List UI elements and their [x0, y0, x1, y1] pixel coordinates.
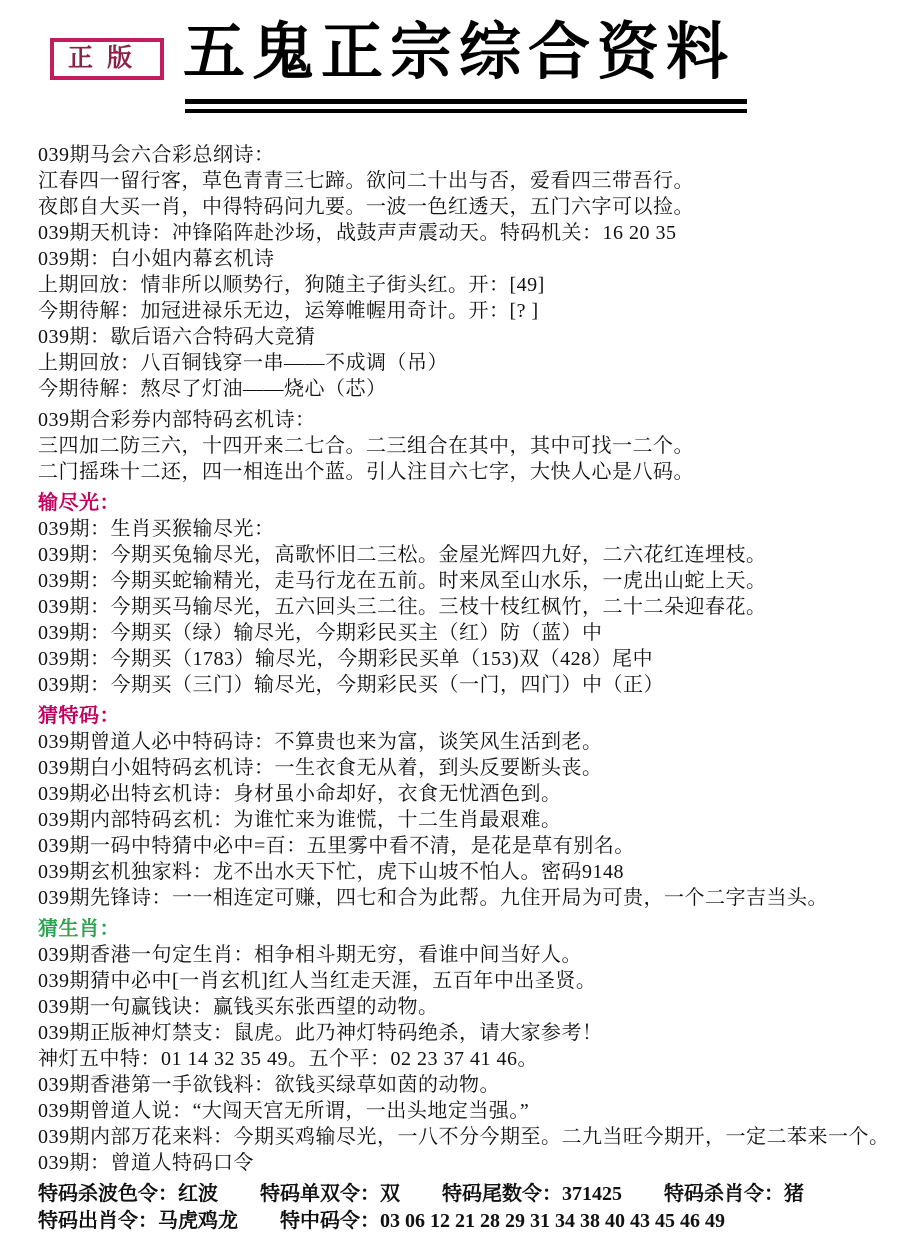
text-line: 039期内部万花来料：今期买鸡输尽光，一八不分今期至。二九当旺今期开，一定二苯来… [38, 1124, 880, 1150]
text-line: 039期曾道人必中特码诗：不算贵也来为富，谈笑风生活到老。 [38, 729, 880, 755]
text-line: 039期：今期买蛇输精光，走马行龙在五前。时来凤至山水乐，一虎出山蛇上天。 [38, 568, 880, 594]
footer-item: 特码单双令：双 [260, 1183, 400, 1205]
text-line: 039期一码中特猜中必中=百：五里雾中看不清，是花是草有别名。 [38, 833, 880, 859]
text-line: 今期待解：加冠进禄乐无边，运筹帷幄用奇计。开：[? ] [38, 298, 880, 324]
text-line: 039期正版神灯禁支：鼠虎。此乃神灯特码绝杀，请大家参考！ [38, 1020, 880, 1046]
text-line: 039期：生肖买猴输尽光： [38, 516, 880, 542]
footer-row: 特码出肖令：马虎鸡龙特中码令：03 06 12 21 28 29 31 34 3… [38, 1208, 900, 1235]
text-line: 夜郎自大买一肖，中得特码问九要。一波一色红透天，五门六字可以捡。 [38, 194, 880, 220]
text-body: 039期马会六合彩总纲诗：江春四一留行客，草色青青三七蹄。欲问二十出与否，爱看四… [0, 120, 900, 1176]
section-header: 输尽光： [38, 490, 880, 516]
page-header: 正版 五鬼正宗综合资料 [0, 0, 900, 120]
footer-item: 特码出肖令：马虎鸡龙 [38, 1210, 238, 1232]
footer-item: 特中码令：03 06 12 21 28 29 31 34 38 40 43 45… [280, 1210, 725, 1232]
text-line: 039期：今期买兔输尽光，高歌怀旧二三松。金屋光辉四九好，二六花红连埋枝。 [38, 542, 880, 568]
text-line: 039期：今期买（三门）输尽光，今期彩民买（一门，四门）中（正） [38, 672, 880, 698]
text-line: 江春四一留行客，草色青青三七蹄。欲问二十出与否，爱看四三带吾行。 [38, 168, 880, 194]
text-line: 二门摇珠十二还，四一相连出个蓝。引人注目六七字，大快人心是八码。 [38, 459, 880, 485]
text-line: 039期内部特码玄机：为谁忙来为谁慌，十二生肖最艰难。 [38, 807, 880, 833]
text-line: 039期玄机独家料：龙不出水天下忙，虎下山坡不怕人。密码9148 [38, 859, 880, 885]
footer-item: 特码杀肖令：猪 [664, 1183, 804, 1205]
text-line: 039期天机诗：冲锋陷阵赴沙场，战鼓声声震动天。特码机关：16 20 35 [38, 220, 880, 246]
text-line: 今期待解：熬尽了灯油——烧心（芯） [38, 376, 880, 402]
section-header: 猜生肖： [38, 916, 880, 942]
authentic-badge-label: 正版 [68, 45, 146, 72]
text-line: 039期白小姐特码玄机诗：一生衣食无从着，到头反要断头丧。 [38, 755, 880, 781]
text-line: 039期一句赢钱诀：赢钱买东张西望的动物。 [38, 994, 880, 1020]
text-line: 039期猜中必中[一肖玄机]红人当红走天涯，五百年中出圣贤。 [38, 968, 880, 994]
text-line: 039期香港第一手欲钱料：欲钱买绿草如茵的动物。 [38, 1072, 880, 1098]
page-title: 五鬼正宗综合资料 [183, 18, 735, 88]
page-footer: 特码杀波色令：红波特码单双令：双特码尾数令：371425特码杀肖令：猪特码出肖令… [0, 1181, 900, 1235]
text-line: 上期回放：八百铜钱穿一串——不成调（吊） [38, 350, 880, 376]
footer-item: 特码尾数令：371425 [442, 1183, 622, 1205]
text-line: 039期曾道人说：“大闯天宫无所谓，一出头地定当强。” [38, 1098, 880, 1124]
text-line: 039期：今期买马输尽光，五六回头三二往。三枝十枝红枫竹，二十二朵迎春花。 [38, 594, 880, 620]
footer-row: 特码杀波色令：红波特码单双令：双特码尾数令：371425特码杀肖令：猪 [38, 1181, 900, 1208]
text-line: 039期：曾道人特码口令 [38, 1150, 880, 1176]
text-line: 039期：今期买（1783）输尽光，今期彩民买单（153)双（428）尾中 [38, 646, 880, 672]
text-line: 039期马会六合彩总纲诗： [38, 142, 880, 168]
footer-item: 特码杀波色令：红波 [38, 1183, 218, 1205]
text-line: 039期：今期买（绿）输尽光，今期彩民买主（红）防（蓝）中 [38, 620, 880, 646]
text-line: 039期香港一句定生肖：相争相斗期无穷，看谁中间当好人。 [38, 942, 880, 968]
text-line: 三四加二防三六，十四开来二七合。二三组合在其中，其中可找一二个。 [38, 433, 880, 459]
text-line: 039期：白小姐内幕玄机诗 [38, 246, 880, 272]
section-header: 猜特码： [38, 703, 880, 729]
text-line: 上期回放：情非所以顺势行，狗随主子街头红。开：[49] [38, 272, 880, 298]
text-line: 039期合彩券内部特码玄机诗： [38, 407, 880, 433]
text-line: 039期先锋诗：一一相连定可赚，四七和合为此帮。九住开局为可贵，一个二字吉当头。 [38, 885, 880, 911]
authentic-badge: 正版 [50, 38, 164, 80]
text-line: 039期：歇后语六合特码大竞猜 [38, 324, 880, 350]
title-underline [185, 99, 747, 113]
text-line: 039期必出特玄机诗：身材虽小命却好，衣食无忧酒色到。 [38, 781, 880, 807]
text-line: 神灯五中特：01 14 32 35 49。五个平：02 23 37 41 46。 [38, 1046, 880, 1072]
